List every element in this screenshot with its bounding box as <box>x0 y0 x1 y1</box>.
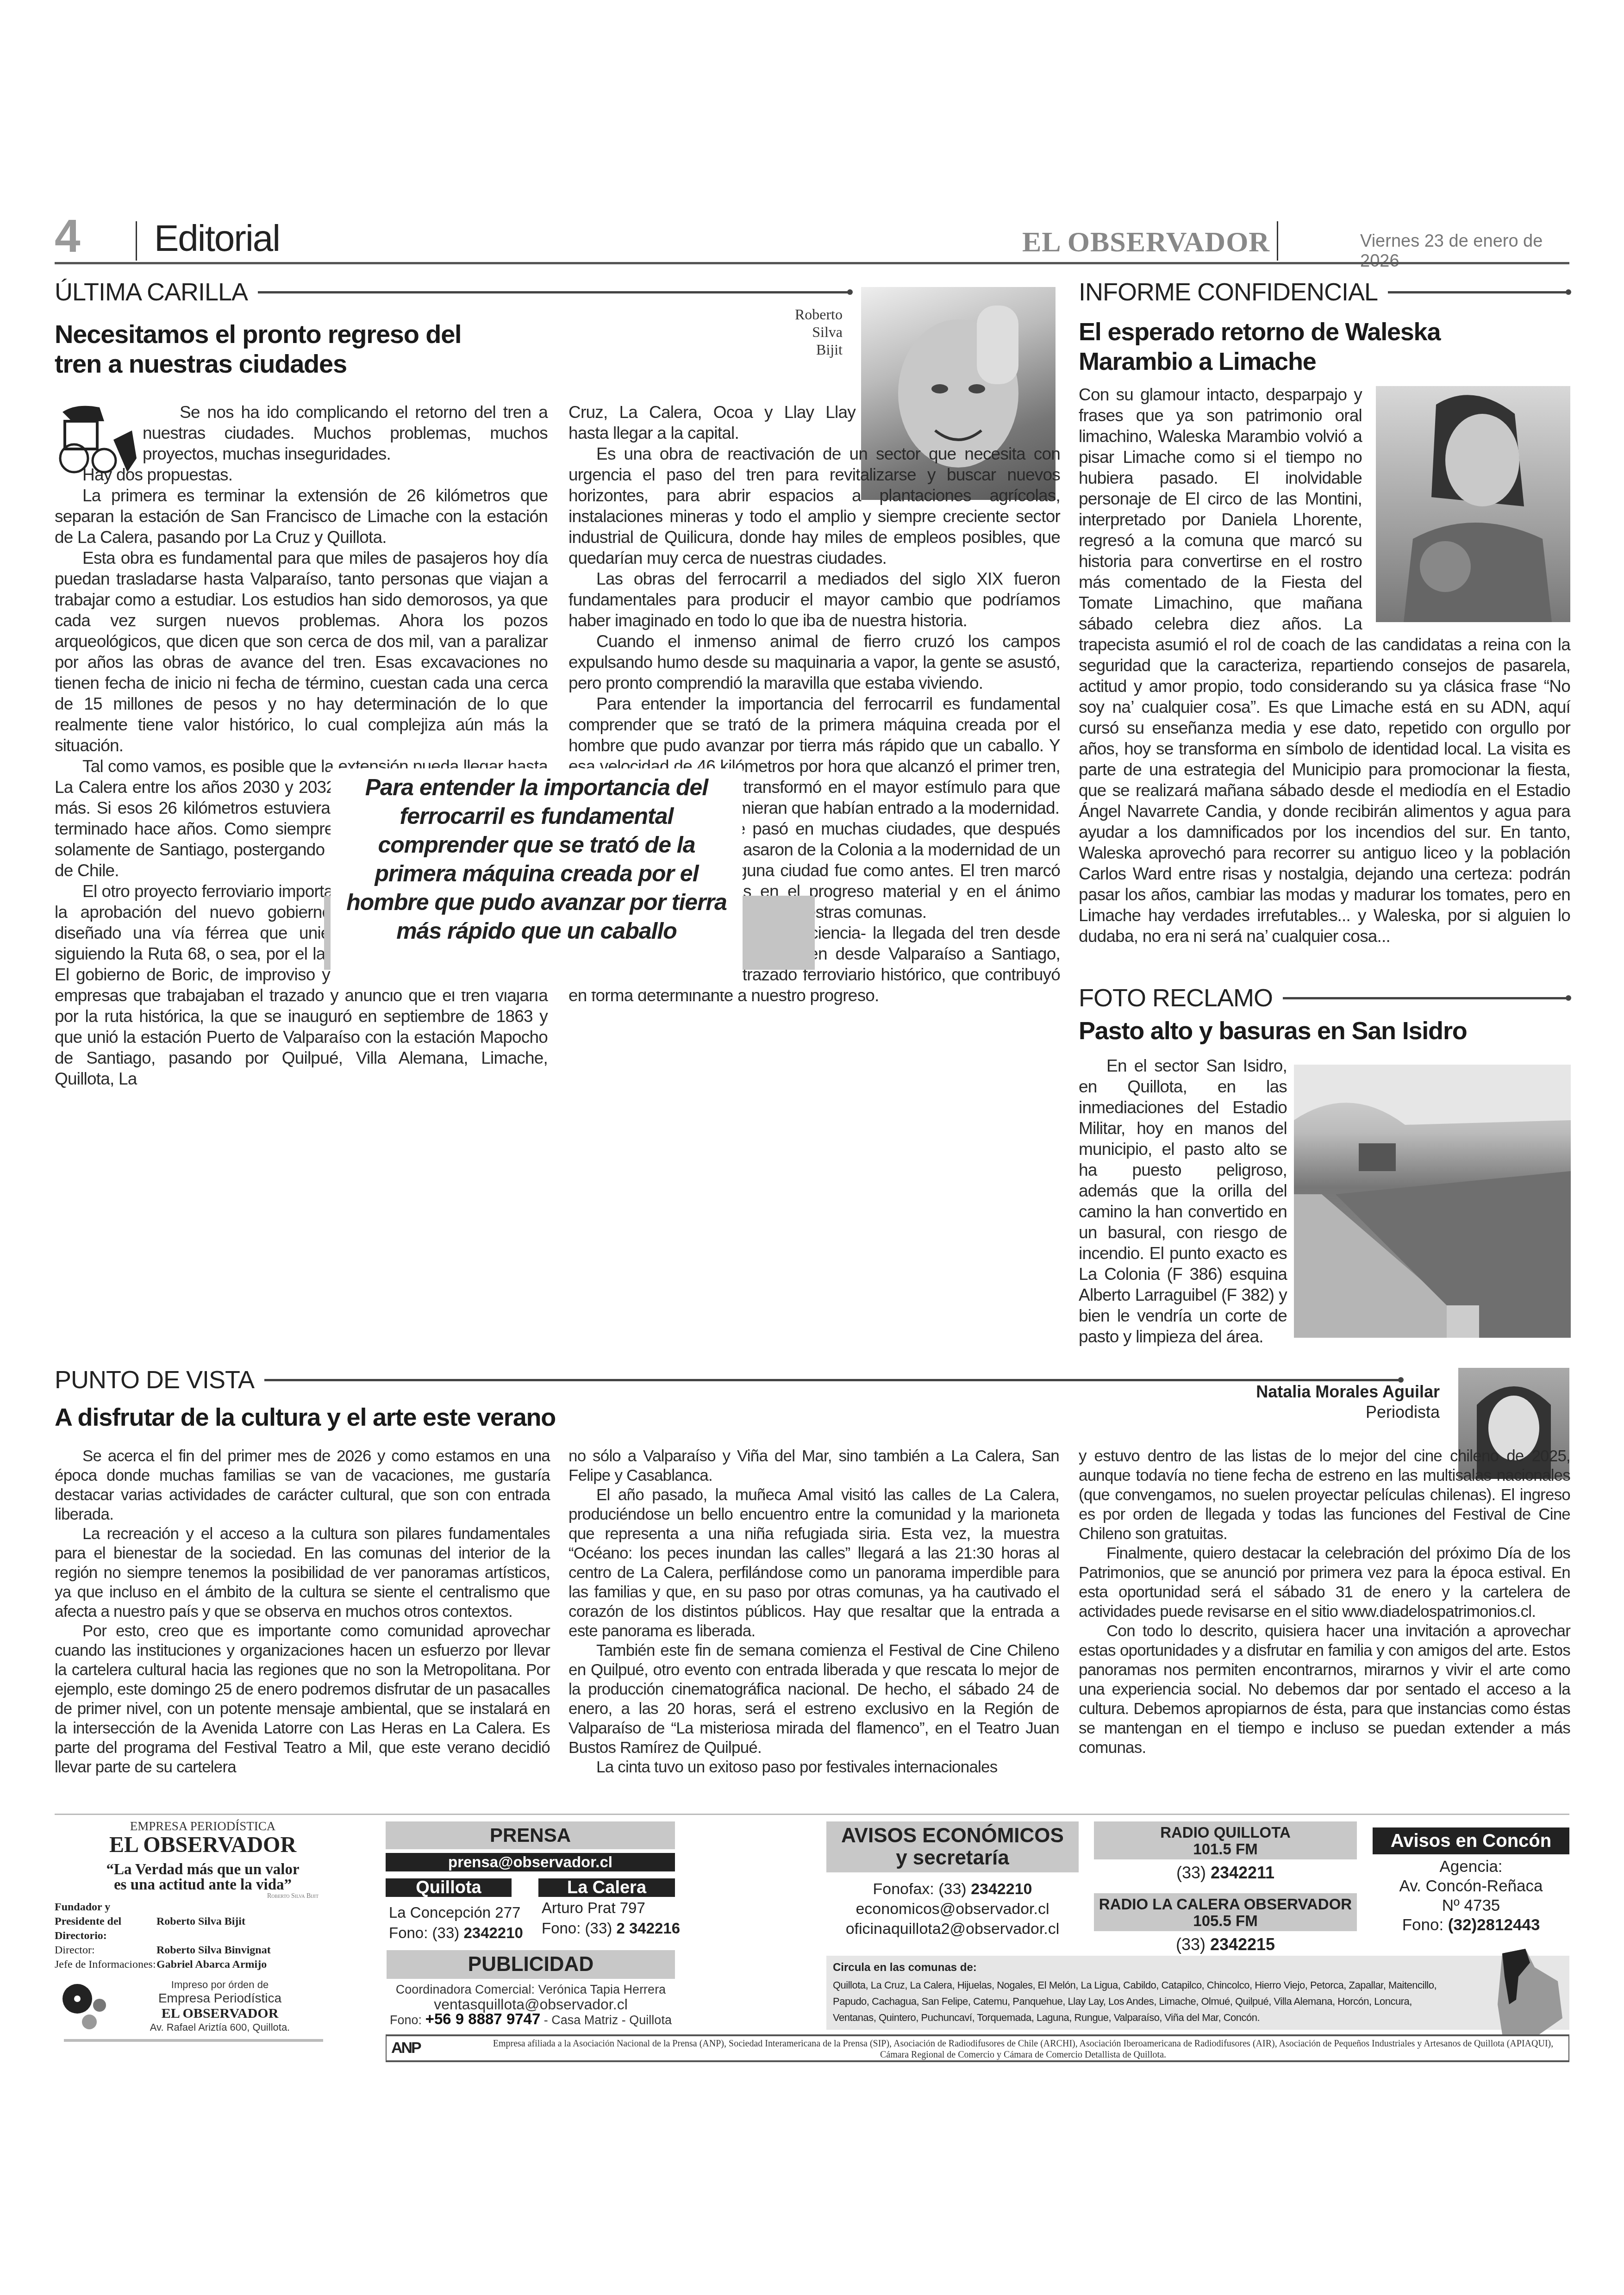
affiliation-box: ANP Empresa afiliada a la Asociación Nac… <box>386 2034 1569 2062</box>
paragraph: no sólo a Valparaíso y Viña del Mar, sin… <box>568 1447 1059 1485</box>
radio-quillota-title: RADIO QUILLOTA 101.5 FM <box>1094 1821 1357 1859</box>
paragraph: La cinta tuvo un exitoso paso por festiv… <box>568 1758 1059 1777</box>
author-caption: Roberto Silva Bijit <box>759 306 843 358</box>
printer-info: Impreso por órden de Empresa Periodístic… <box>116 1979 324 2033</box>
avisos-email-2: oficinaquillota2@observador.cl <box>826 1919 1079 1939</box>
masthead: EL OBSERVADOR <box>1022 226 1270 259</box>
header-divider <box>136 221 137 261</box>
motto-author: Roberto Silva Bijit <box>55 1893 323 1900</box>
circula-text: Quillota, La Cruz, La Calera, Hijuelas, … <box>833 1977 1444 2026</box>
circula-title: Circula en las comunas de: <box>833 1961 1563 1974</box>
punto-de-vista-kicker: PUNTO DE VISTA <box>55 1366 1402 1394</box>
page-header: 4 Editorial EL OBSERVADOR Viernes 23 de … <box>55 213 1569 264</box>
concon-line-2: Av. Concón-Reñaca <box>1373 1877 1569 1896</box>
radio-calera-title: RADIO LA CALERA OBSERVADOR 105.5 FM <box>1094 1893 1357 1931</box>
header-rule <box>55 262 1569 264</box>
kicker-rule <box>264 1379 1402 1381</box>
publicidad-info: Coordinadora Comercial: Verónica Tapia H… <box>387 1982 675 2027</box>
kicker-label: INFORME CONFIDENCIAL <box>1079 278 1378 306</box>
pull-quote-text: Para entender la importancia del ferroca… <box>331 768 743 992</box>
staff-name: Gabriel Abarca Armijo <box>156 1958 267 1972</box>
section-title: Editorial <box>154 218 280 259</box>
staff-row: Jefe de Informaciones:Gabriel Abarca Arm… <box>55 1958 323 1972</box>
issue-date: Viernes 23 de enero de 2026 <box>1360 231 1569 271</box>
phone-prefix: Fono: <box>390 2013 422 2027</box>
concon-phone-row: Fono: (32)2812443 <box>1373 1915 1569 1935</box>
printed-line-1: Impreso por órden de <box>116 1979 324 1991</box>
phone-prefix: Fono: (33) <box>542 1920 612 1937</box>
phone-suffix: - Casa Matriz - Quillota <box>544 2013 672 2027</box>
kicker-label: FOTO RECLAMO <box>1079 984 1273 1012</box>
calera-phone-row: Fono: (33) 2 342216 <box>542 1918 680 1939</box>
calera-office-info: Arturo Prat 797 Fono: (33) 2 342216 <box>542 1898 680 1939</box>
author-name: Natalia Morales Aguilar <box>1204 1382 1440 1402</box>
concon-info: Agencia: Av. Concón-Reñaca Nº 4735 Fono:… <box>1373 1857 1569 1935</box>
staff-row: Director:Roberto Silva Binvignat <box>55 1943 323 1958</box>
calera-office-title: La Calera <box>538 1878 675 1897</box>
phone-prefix: (33) <box>1176 1935 1206 1954</box>
avisos-email-1: economicos@observador.cl <box>826 1899 1079 1919</box>
concon-phone: (32)2812443 <box>1448 1916 1540 1934</box>
quillota-office-info: La Concepción 277 Fono: (33) 2342210 <box>389 1902 523 1943</box>
kicker-label: ÚLTIMA CARILLA <box>55 278 248 306</box>
staff-list: Fundador y Presidente del Directorio:Rob… <box>55 1900 323 1972</box>
paragraph: También este fin de semana comienza el F… <box>568 1641 1059 1758</box>
staff-role: Presidente del Directorio: <box>55 1915 156 1943</box>
san-isidro-photo <box>1294 1065 1571 1338</box>
author-role: Periodista <box>1204 1402 1440 1422</box>
publicidad-title: PUBLICIDAD <box>387 1950 675 1979</box>
paragraph: Se nos ha ido complicando el retorno del… <box>143 402 548 464</box>
publicidad-email: ventasquillota@observador.cl <box>387 1997 675 2012</box>
paragraph: Cuando el inmenso animal de fierro cruzó… <box>568 631 1060 693</box>
paragraph: Por esto, creo que es importante como co… <box>55 1621 550 1777</box>
radio-calera-name: RADIO LA CALERA OBSERVADOR <box>1094 1896 1357 1913</box>
circula-box: Circula en las comunas de: Quillota, La … <box>826 1956 1569 2030</box>
anp-logo: ANP <box>391 2039 420 2057</box>
ultima-carilla-kicker: ÚLTIMA CARILLA <box>55 278 851 306</box>
footer-top-rule <box>55 1814 1569 1815</box>
paragraph: Cruz, La Calera, Ocoa y Llay Llay hasta … <box>568 402 856 443</box>
publicidad-phone-row: Fono: +56 9 8887 9747 - Casa Matriz - Qu… <box>387 2012 675 2027</box>
foto-reclamo-body: En el sector San Isidro, en Quillota, en… <box>1079 1055 1287 1347</box>
pull-quote-box: Para entender la importancia del ferroca… <box>324 750 815 972</box>
concon-line-3: Nº 4735 <box>1373 1896 1569 1915</box>
staff-name: Roberto Silva Binvignat <box>156 1943 271 1958</box>
phone-prefix: (33) <box>1176 1863 1206 1882</box>
paragraph: La recreación y el acceso a la cultura s… <box>55 1524 550 1621</box>
staff-row: Presidente del Directorio:Roberto Silva … <box>55 1915 323 1943</box>
radio-quillota-phone: 2342211 <box>1211 1863 1274 1882</box>
motto-line-1: “La Verdad más que un valor <box>82 1862 323 1877</box>
calera-address: Arturo Prat 797 <box>542 1898 680 1918</box>
company-pre: EMPRESA PERIODÍSTICA <box>82 1819 323 1834</box>
author-last: Bijit <box>759 341 843 358</box>
paragraph: y estuvo dentro de las listas de lo mejo… <box>1079 1447 1570 1544</box>
paragraph: Finalmente, quiero destacar la celebraci… <box>1079 1544 1570 1621</box>
paragraph: En el sector San Isidro, en Quillota, en… <box>1079 1055 1287 1347</box>
paragraph: Es una obra de reactivación de un sector… <box>568 443 1060 568</box>
punto-de-vista-col3: y estuvo dentro de las listas de lo mejo… <box>1079 1447 1570 1758</box>
punto-de-vista-headline: A disfrutar de la cultura y el arte este… <box>55 1403 888 1432</box>
author-first: Roberto <box>759 306 843 323</box>
calera-phone: 2 342216 <box>616 1920 680 1937</box>
header-divider-2 <box>1277 221 1278 261</box>
punto-de-vista-col1: Se acerca el fin del primer mes de 2026 … <box>55 1447 550 1777</box>
printed-line-3: EL OBSERVADOR <box>116 2006 324 2021</box>
foto-reclamo-headline: Pasto alto y basuras en San Isidro <box>1079 1016 1569 1046</box>
punto-de-vista-col2: no sólo a Valparaíso y Viña del Mar, sin… <box>568 1447 1059 1777</box>
avisos-info: Fonofax: (33) 2342210 economicos@observa… <box>826 1879 1079 1939</box>
avisos-phone-row: Fonofax: (33) 2342210 <box>826 1879 1079 1899</box>
staff-row: Fundador y <box>55 1900 323 1915</box>
avisos-title-1: AVISOS ECONÓMICOS <box>826 1825 1079 1847</box>
concon-line-1: Agencia: <box>1373 1857 1569 1877</box>
informe-confidencial-headline: El esperado retorno de Waleska Marambio … <box>1079 317 1449 376</box>
paragraph: Con todo lo descrito, quisiera hacer una… <box>1079 1621 1570 1758</box>
phone-prefix: Fonofax: (33) <box>873 1880 966 1898</box>
roadside-grass-icon <box>1294 1065 1571 1338</box>
body-float-spacer <box>1362 384 1570 625</box>
region-map-icon <box>1484 1949 1567 2034</box>
paragraph: Las obras del ferrocarril a mediados del… <box>568 568 1060 631</box>
company-name: EL OBSERVADOR <box>82 1834 323 1857</box>
company-bottom-rule <box>64 2039 323 2042</box>
informe-confidencial-body: Con su glamour intacto, desparpajo y fra… <box>1079 384 1570 947</box>
paragraph: Se acerca el fin del primer mes de 2026 … <box>55 1447 550 1524</box>
phone-prefix: Fono: (33) <box>389 1924 459 1941</box>
radio-quillota-phone-row: (33) 2342211 <box>1094 1863 1357 1883</box>
staff-name: Roberto Silva Bijit <box>156 1915 245 1943</box>
staff-role: Jefe de Informaciones: <box>55 1958 156 1972</box>
paragraph: El año pasado, la muñeca Amal visitó las… <box>568 1485 1059 1641</box>
radio-quillota-freq: 101.5 FM <box>1094 1841 1357 1858</box>
printed-line-4: Av. Rafael Ariztía 600, Quillota. <box>116 2021 324 2033</box>
phone-prefix: Fono: <box>1402 1916 1444 1934</box>
avisos-economicos-title: AVISOS ECONÓMICOS y secretaría <box>826 1821 1079 1872</box>
quillota-phone: 2342210 <box>463 1924 523 1941</box>
printed-line-2: Empresa Periodística <box>116 1991 324 2006</box>
author-middle: Silva <box>759 323 843 341</box>
page-number: 4 <box>55 213 81 259</box>
avisos-phone: 2342210 <box>971 1880 1032 1898</box>
company-block: EMPRESA PERIODÍSTICA EL OBSERVADOR “La V… <box>55 1819 323 1972</box>
kicker-label: PUNTO DE VISTA <box>55 1366 254 1394</box>
printer-logo-icon <box>58 1977 113 2032</box>
informe-confidencial-kicker: INFORME CONFIDENCIAL <box>1079 278 1569 306</box>
quillota-address: La Concepción 277 <box>389 1902 523 1923</box>
prensa-email: prensa@observador.cl <box>386 1853 675 1871</box>
staff-role: Director: <box>55 1943 156 1958</box>
foto-reclamo-kicker: FOTO RECLAMO <box>1079 984 1569 1012</box>
publicidad-phone: +56 9 8887 9747 <box>425 2010 541 2027</box>
radio-calera-phone-row: (33) 2342215 <box>1094 1935 1357 1954</box>
radio-quillota-name: RADIO QUILLOTA <box>1094 1824 1357 1841</box>
prensa-title: PRENSA <box>386 1821 675 1849</box>
ultima-carilla-headline: Necesitamos el pronto regreso del tren a… <box>55 319 471 379</box>
paragraph: Hay dos propuestas. <box>55 464 548 485</box>
kicker-rule <box>1283 997 1569 999</box>
quillota-phone-row: Fono: (33) 2342210 <box>389 1923 523 1943</box>
quillota-office-title: Quillota <box>386 1878 512 1897</box>
affiliation-text: Empresa afiliada a la Asociación Naciona… <box>488 2038 1558 2060</box>
publicidad-coord: Coordinadora Comercial: Verónica Tapia H… <box>387 1982 675 1997</box>
radio-calera-phone: 2342215 <box>1210 1935 1275 1954</box>
kicker-rule <box>1388 291 1569 293</box>
paragraph: Esta obra es fundamental para que miles … <box>55 548 548 756</box>
motto-line-2: es una actitud ante la vida” <box>82 1877 323 1893</box>
concon-title: Avisos en Concón <box>1373 1827 1569 1854</box>
staff-role: Fundador y <box>55 1900 156 1915</box>
radio-calera-freq: 105.5 FM <box>1094 1913 1357 1929</box>
avisos-title-2: y secretaría <box>826 1847 1079 1869</box>
paragraph: La primera es terminar la extensión de 2… <box>55 485 548 548</box>
kicker-rule <box>258 291 851 293</box>
author-byline: Natalia Morales Aguilar Periodista <box>1204 1382 1440 1422</box>
